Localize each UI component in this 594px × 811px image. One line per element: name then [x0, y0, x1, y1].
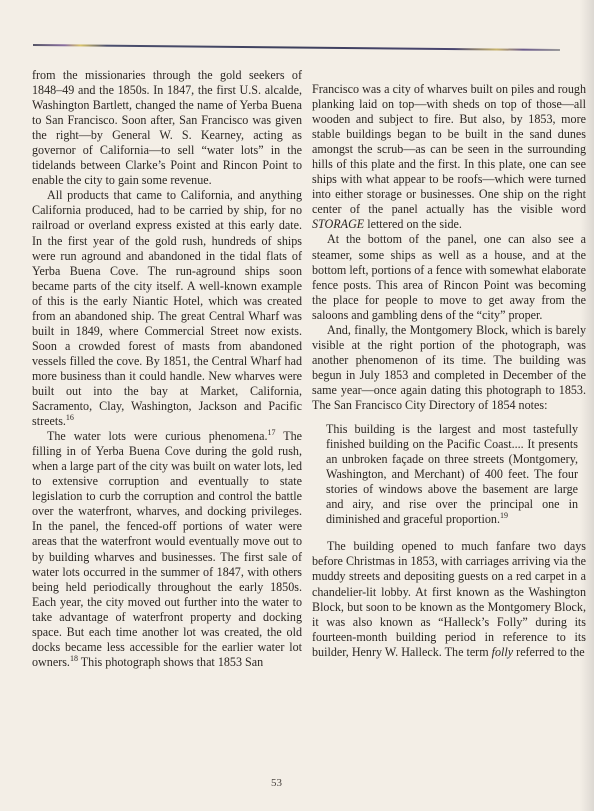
footnote-ref[interactable]: 18 [70, 654, 78, 663]
paragraph-text: from the missionaries through the gold s… [32, 68, 302, 187]
paragraph: At the bottom of the panel, one can also… [312, 232, 586, 322]
footnote-ref[interactable]: 16 [66, 413, 74, 422]
paragraph-text: The filling in of Yerba Buena Cove durin… [32, 429, 302, 669]
footnote-ref[interactable]: 17 [268, 428, 276, 437]
paragraph-text: referred to the [513, 645, 585, 659]
paragraph-text: The building opened to much fanfare two … [312, 539, 586, 658]
paragraph: Francisco was a city of wharves built on… [312, 82, 586, 232]
block-quote: This building is the largest and most ta… [326, 422, 578, 527]
quote-text: This building is the largest and most ta… [326, 422, 578, 526]
paragraph-text: This photograph shows that 1853 San [81, 655, 263, 669]
paragraph-text: And, finally, the Montgomery Block, whic… [312, 323, 586, 412]
paragraph-text: The water lots were curious phenomena. [47, 429, 268, 443]
paragraph-text: lettered on the side. [364, 217, 462, 231]
header-rule [33, 44, 560, 51]
footnote-ref[interactable]: 19 [500, 511, 508, 520]
emphasis-text: folly [492, 645, 514, 659]
emphasis-text: STORAGE [312, 217, 364, 231]
paragraph-text: Francisco was a city of wharves built on… [312, 82, 586, 216]
paragraph: The building opened to much fanfare two … [312, 539, 586, 659]
paragraph: And, finally, the Montgomery Block, whic… [312, 323, 586, 413]
paragraph: from the missionaries through the gold s… [32, 68, 302, 188]
paragraph-text: All products that came to California, an… [32, 188, 302, 428]
paragraph-text: At the bottom of the panel, one can also… [312, 232, 586, 321]
page-number: 53 [271, 777, 282, 789]
left-column: from the missionaries through the gold s… [32, 68, 302, 670]
right-column: Francisco was a city of wharves built on… [312, 82, 586, 660]
paragraph: The water lots were curious phenomena.17… [32, 429, 302, 670]
paragraph: All products that came to California, an… [32, 188, 302, 429]
